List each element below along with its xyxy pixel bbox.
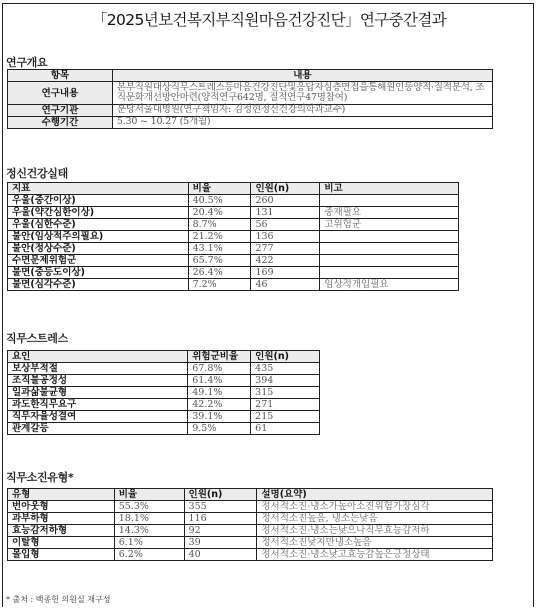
type-cell: 이탈형: [8, 537, 115, 549]
header-type: 유형: [8, 489, 115, 501]
table-row: 몰입형 6.2% 40 정서적소진·냉소낮고효능감높은긍정상태: [8, 549, 493, 561]
ratio-cell: 6.2%: [114, 549, 184, 561]
type-cell: 번아웃형: [8, 501, 115, 513]
header-risk-ratio: 위험군비율: [188, 351, 251, 363]
row-value: 분당서울대병원(연구책임자: 김정현정신건강의학과교수): [112, 105, 492, 117]
count-cell: 131: [251, 207, 320, 219]
indicator-cell: 불안(임상적주의필요): [8, 231, 189, 243]
table-row: 관계갈등 9.5% 61: [8, 423, 320, 435]
count-cell: 435: [251, 363, 320, 375]
ratio-cell: 6.1%: [114, 537, 184, 549]
row-label: 연구내용: [8, 82, 113, 105]
source-footnote: * 출처 : 백종헌 의원실 재구성: [6, 594, 110, 605]
note-cell: [320, 231, 459, 243]
table-row: 불안(정상수준) 43.1% 277: [8, 243, 459, 255]
header-count: 인원(n): [184, 489, 257, 501]
note-cell: 중재필요: [320, 207, 459, 219]
ratio-cell: 9.5%: [188, 423, 251, 435]
row-label: 연구기관: [8, 105, 113, 117]
ratio-cell: 61.4%: [188, 375, 251, 387]
ratio-cell: 21.2%: [188, 231, 251, 243]
count-cell: 215: [251, 411, 320, 423]
overview-section-title: 연구개요: [6, 54, 47, 70]
burnout-section-title: 직무소진유형*: [6, 469, 73, 485]
ratio-cell: 7.2%: [188, 279, 251, 291]
ratio-cell: 20.4%: [188, 207, 251, 219]
ratio-cell: 39.1%: [188, 411, 251, 423]
table-header-row: 유형 비율 인원(n) 설명(요약): [8, 489, 493, 501]
table-row: 조직불공정성 61.4% 394: [8, 375, 320, 387]
job-stress-table: 요인 위험군비율 인원(n) 보상부적절 67.8% 435 조직불공정성 61…: [7, 350, 320, 435]
ratio-cell: 14.3%: [114, 525, 184, 537]
indicator-cell: 불면(심각수준): [8, 279, 189, 291]
table-row: 과도한직무요구 42.2% 271: [8, 399, 320, 411]
ratio-cell: 43.1%: [188, 243, 251, 255]
count-cell: 394: [251, 375, 320, 387]
note-cell: 임상적개입필요: [320, 279, 459, 291]
ratio-cell: 55.3%: [114, 501, 184, 513]
indicator-cell: 우울(약간심한이상): [8, 207, 189, 219]
table-header-row: 항목 내용: [8, 70, 493, 82]
type-cell: 과부하형: [8, 513, 115, 525]
ratio-cell: 42.2%: [188, 399, 251, 411]
note-cell: [320, 195, 459, 207]
type-cell: 효능감저하형: [8, 525, 115, 537]
factor-cell: 과도한직무요구: [8, 399, 188, 411]
table-row: 번아웃형 55.3% 355 정서적소진·냉소가높아소진위험가장심각: [8, 501, 493, 513]
table-row: 불안(임상적주의필요) 21.2% 136: [8, 231, 459, 243]
count-cell: 260: [251, 195, 320, 207]
ratio-cell: 65.7%: [188, 255, 251, 267]
table-row: 불면(중등도이상) 26.4% 169: [8, 267, 459, 279]
row-value: 5.30 ~ 10.27 (5개월): [112, 117, 492, 129]
ratio-cell: 18.1%: [114, 513, 184, 525]
ratio-cell: 26.4%: [188, 267, 251, 279]
note-cell: 고위험군: [320, 219, 459, 231]
type-cell: 몰입형: [8, 549, 115, 561]
ratio-cell: 49.1%: [188, 387, 251, 399]
mental-health-section-title: 정신건강실태: [6, 165, 68, 181]
table-row: 우울(약간심한이상) 20.4% 131 중재필요: [8, 207, 459, 219]
table-row: 수면문제위험군 65.7% 422: [8, 255, 459, 267]
description-cell: 정서적소진·냉소가높아소진위험가장심각: [257, 501, 493, 513]
table-row: 이탈형 6.1% 39 정서적소진낮지만냉소높음: [8, 537, 493, 549]
count-cell: 271: [251, 399, 320, 411]
indicator-cell: 수면문제위험군: [8, 255, 189, 267]
count-cell: 422: [251, 255, 320, 267]
count-cell: 277: [251, 243, 320, 255]
description-cell: 정서적소진높음, 냉소는낮음: [257, 513, 493, 525]
indicator-cell: 불면(중등도이상): [8, 267, 189, 279]
mental-health-table: 지표 비율 인원(n) 비고 우울(중간이상) 40.5% 260 우울(약간심…: [7, 182, 459, 291]
count-cell: 355: [184, 501, 257, 513]
burnout-table: 유형 비율 인원(n) 설명(요약) 번아웃형 55.3% 355 정서적소진·…: [7, 488, 493, 561]
table-header-row: 지표 비율 인원(n) 비고: [8, 183, 459, 195]
table-row: 우울(심한수준) 8.7% 56 고위험군: [8, 219, 459, 231]
count-cell: 40: [184, 549, 257, 561]
ratio-cell: 40.5%: [188, 195, 251, 207]
description-cell: 정서적소진·냉소낮고효능감높은긍정상태: [257, 549, 493, 561]
factor-cell: 일과삶불균형: [8, 387, 188, 399]
overview-table: 항목 내용 연구내용 본부직원대상직무스트레스등마음건강진단및응답자심층면접을통…: [7, 69, 493, 129]
indicator-cell: 불안(정상수준): [8, 243, 189, 255]
table-row: 과부하형 18.1% 116 정서적소진높음, 냉소는낮음: [8, 513, 493, 525]
count-cell: 56: [251, 219, 320, 231]
table-row: 보상부적절 67.8% 435: [8, 363, 320, 375]
description-cell: 정서적소진·냉소는낮으나직무효능감저하: [257, 525, 493, 537]
header-ratio: 비율: [188, 183, 251, 195]
note-cell: [320, 255, 459, 267]
table-row: 수행기간 5.30 ~ 10.27 (5개월): [8, 117, 493, 129]
table-row: 연구내용 본부직원대상직무스트레스등마음건강진단및응답자심층면접을통해원인등양적…: [8, 82, 493, 105]
factor-cell: 직무자율성결여: [8, 411, 188, 423]
table-row: 효능감저하형 14.3% 92 정서적소진·냉소는낮으나직무효능감저하: [8, 525, 493, 537]
table-row: 우울(중간이상) 40.5% 260: [8, 195, 459, 207]
indicator-cell: 우울(중간이상): [8, 195, 189, 207]
header-indicator: 지표: [8, 183, 189, 195]
indicator-cell: 우울(심한수준): [8, 219, 189, 231]
note-cell: [320, 243, 459, 255]
header-factor: 요인: [8, 351, 188, 363]
count-cell: 315: [251, 387, 320, 399]
factor-cell: 관계갈등: [8, 423, 188, 435]
header-count: 인원(n): [251, 183, 320, 195]
table-header-row: 요인 위험군비율 인원(n): [8, 351, 320, 363]
table-row: 불면(심각수준) 7.2% 46 임상적개입필요: [8, 279, 459, 291]
header-description: 설명(요약): [257, 489, 493, 501]
count-cell: 46: [251, 279, 320, 291]
count-cell: 136: [251, 231, 320, 243]
ratio-cell: 67.8%: [188, 363, 251, 375]
header-content: 내용: [112, 70, 492, 82]
count-cell: 39: [184, 537, 257, 549]
row-value: 본부직원대상직무스트레스등마음건강진단및응답자심층면접을통해원인등양적·질적분석…: [112, 82, 492, 105]
header-note: 비고: [320, 183, 459, 195]
note-cell: [320, 267, 459, 279]
table-row: 일과삶불균형 49.1% 315: [8, 387, 320, 399]
row-label: 수행기간: [8, 117, 113, 129]
factor-cell: 조직불공정성: [8, 375, 188, 387]
count-cell: 92: [184, 525, 257, 537]
header-item: 항목: [8, 70, 113, 82]
job-stress-section-title: 직무스트레스: [6, 330, 68, 346]
table-row: 직무자율성결여 39.1% 215: [8, 411, 320, 423]
count-cell: 61: [251, 423, 320, 435]
table-row: 연구기관 분당서울대병원(연구책임자: 김정현정신건강의학과교수): [8, 105, 493, 117]
header-count: 인원(n): [251, 351, 320, 363]
header-ratio: 비율: [114, 489, 184, 501]
ratio-cell: 8.7%: [188, 219, 251, 231]
factor-cell: 보상부적절: [8, 363, 188, 375]
count-cell: 169: [251, 267, 320, 279]
document-title: 「2025년보건복지부직원마음건강진단」연구중간결과: [3, 8, 535, 30]
description-cell: 정서적소진낮지만냉소높음: [257, 537, 493, 549]
count-cell: 116: [184, 513, 257, 525]
